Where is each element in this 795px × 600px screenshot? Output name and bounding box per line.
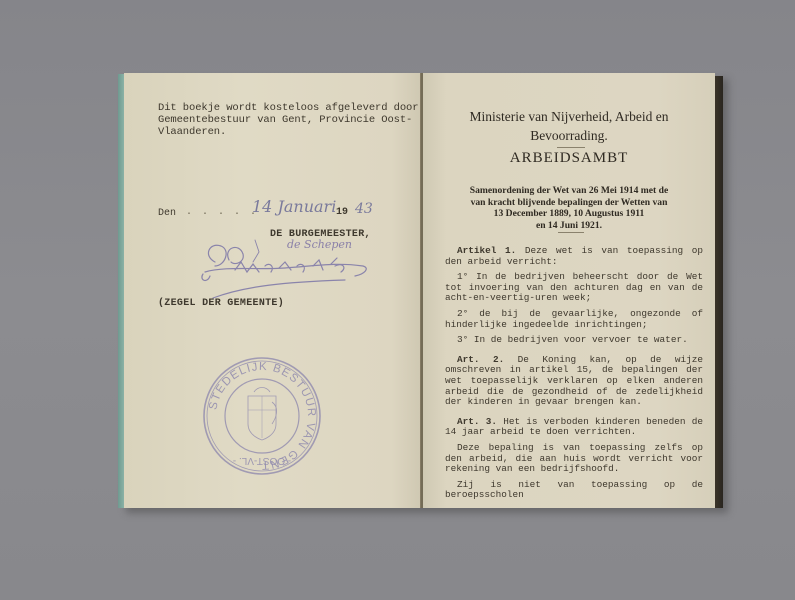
article-paragraph: 3° In de bedrijven voor vervoer te water… (445, 335, 703, 346)
article-text: Zij is niet van toepassing op de beroeps… (445, 479, 703, 501)
divider-top (557, 147, 585, 148)
ministry-heading: Ministerie van Nijverheid, Arbeid en Bev… (433, 107, 705, 145)
article-heading: 1° (457, 271, 468, 282)
article-heading: Art. 2. (457, 354, 504, 365)
subtitle-line-1: Samenordening der Wet van 26 Mei 1914 me… (436, 185, 702, 197)
article-paragraph: Art. 2. De Koning kan, op de wijze omsch… (445, 355, 703, 408)
ministry-line-2: Bevoorrading. (433, 126, 705, 145)
article-paragraph: Art. 3. Het is verboden kinderen beneden… (445, 417, 703, 438)
page-title: ARBEIDSAMBT (433, 150, 705, 167)
signature-scrawl (195, 232, 375, 302)
law-subtitle: Samenordening der Wet van 26 Mei 1914 me… (436, 185, 702, 231)
seal-label: (ZEGEL DER GEMEENTE) (158, 298, 284, 309)
articles-body: Artikel 1. Deze wet is van toepassing op… (445, 246, 703, 506)
date-dots: . . . . . (186, 207, 258, 218)
intro-text: Dit boekje wordt kosteloos afgeleverd do… (158, 102, 443, 138)
municipal-stamp-icon: STEDELIJK BESTUUR VAN GENT - OOST-VL. - (198, 352, 326, 480)
article-text: Deze bepaling is van toepassing zelfs op… (445, 442, 703, 474)
article-heading: Art. 3. (457, 416, 497, 427)
handwritten-date: 14 Januari (252, 197, 336, 216)
subtitle-line-4: en 14 Juni 1921. (436, 220, 702, 232)
article-heading: Artikel 1. (457, 245, 516, 256)
article-heading: 3° (457, 334, 468, 345)
svg-text:- OOST-VL. -: - OOST-VL. - (233, 455, 291, 466)
ministry-line-1: Ministerie van Nijverheid, Arbeid en (433, 107, 705, 126)
article-paragraph: Artikel 1. Deze wet is van toepassing op… (445, 246, 703, 267)
svg-text:STEDELIJK BESTUUR VAN GENT: STEDELIJK BESTUUR VAN GENT (207, 361, 317, 471)
open-booklet: Dit boekje wordt kosteloos afgeleverd do… (0, 0, 795, 600)
year-printed: 19 (336, 207, 348, 218)
intro-line-3: Vlaanderen. (158, 126, 443, 138)
cover-edge-right (715, 76, 723, 508)
article-text: de bij de gevaarlijke, ongezonde of hind… (445, 308, 703, 330)
article-text: In de bedrijven beheerscht door de Wet t… (445, 271, 703, 303)
year-handwritten: 43 (355, 201, 373, 217)
divider-bottom (558, 232, 584, 233)
article-paragraph: 1° In de bedrijven beheerscht door de We… (445, 272, 703, 304)
subtitle-line-3: 13 December 1889, 10 Augustus 1911 (436, 208, 702, 220)
intro-line-2: Gemeentebestuur van Gent, Provincie Oost… (158, 114, 443, 126)
article-heading: 2° (457, 308, 468, 319)
article-text: In de bedrijven voor vervoer te water. (474, 334, 688, 345)
article-paragraph: 2° de bij de gevaarlijke, ongezonde of h… (445, 309, 703, 330)
intro-line-1: Dit boekje wordt kosteloos afgeleverd do… (158, 102, 443, 114)
subtitle-line-2: van kracht blijvende bepalingen der Wett… (436, 197, 702, 209)
date-label: Den (158, 208, 176, 219)
article-paragraph: Zij is niet van toepassing op de beroeps… (445, 480, 703, 501)
article-paragraph: Deze bepaling is van toepassing zelfs op… (445, 443, 703, 475)
